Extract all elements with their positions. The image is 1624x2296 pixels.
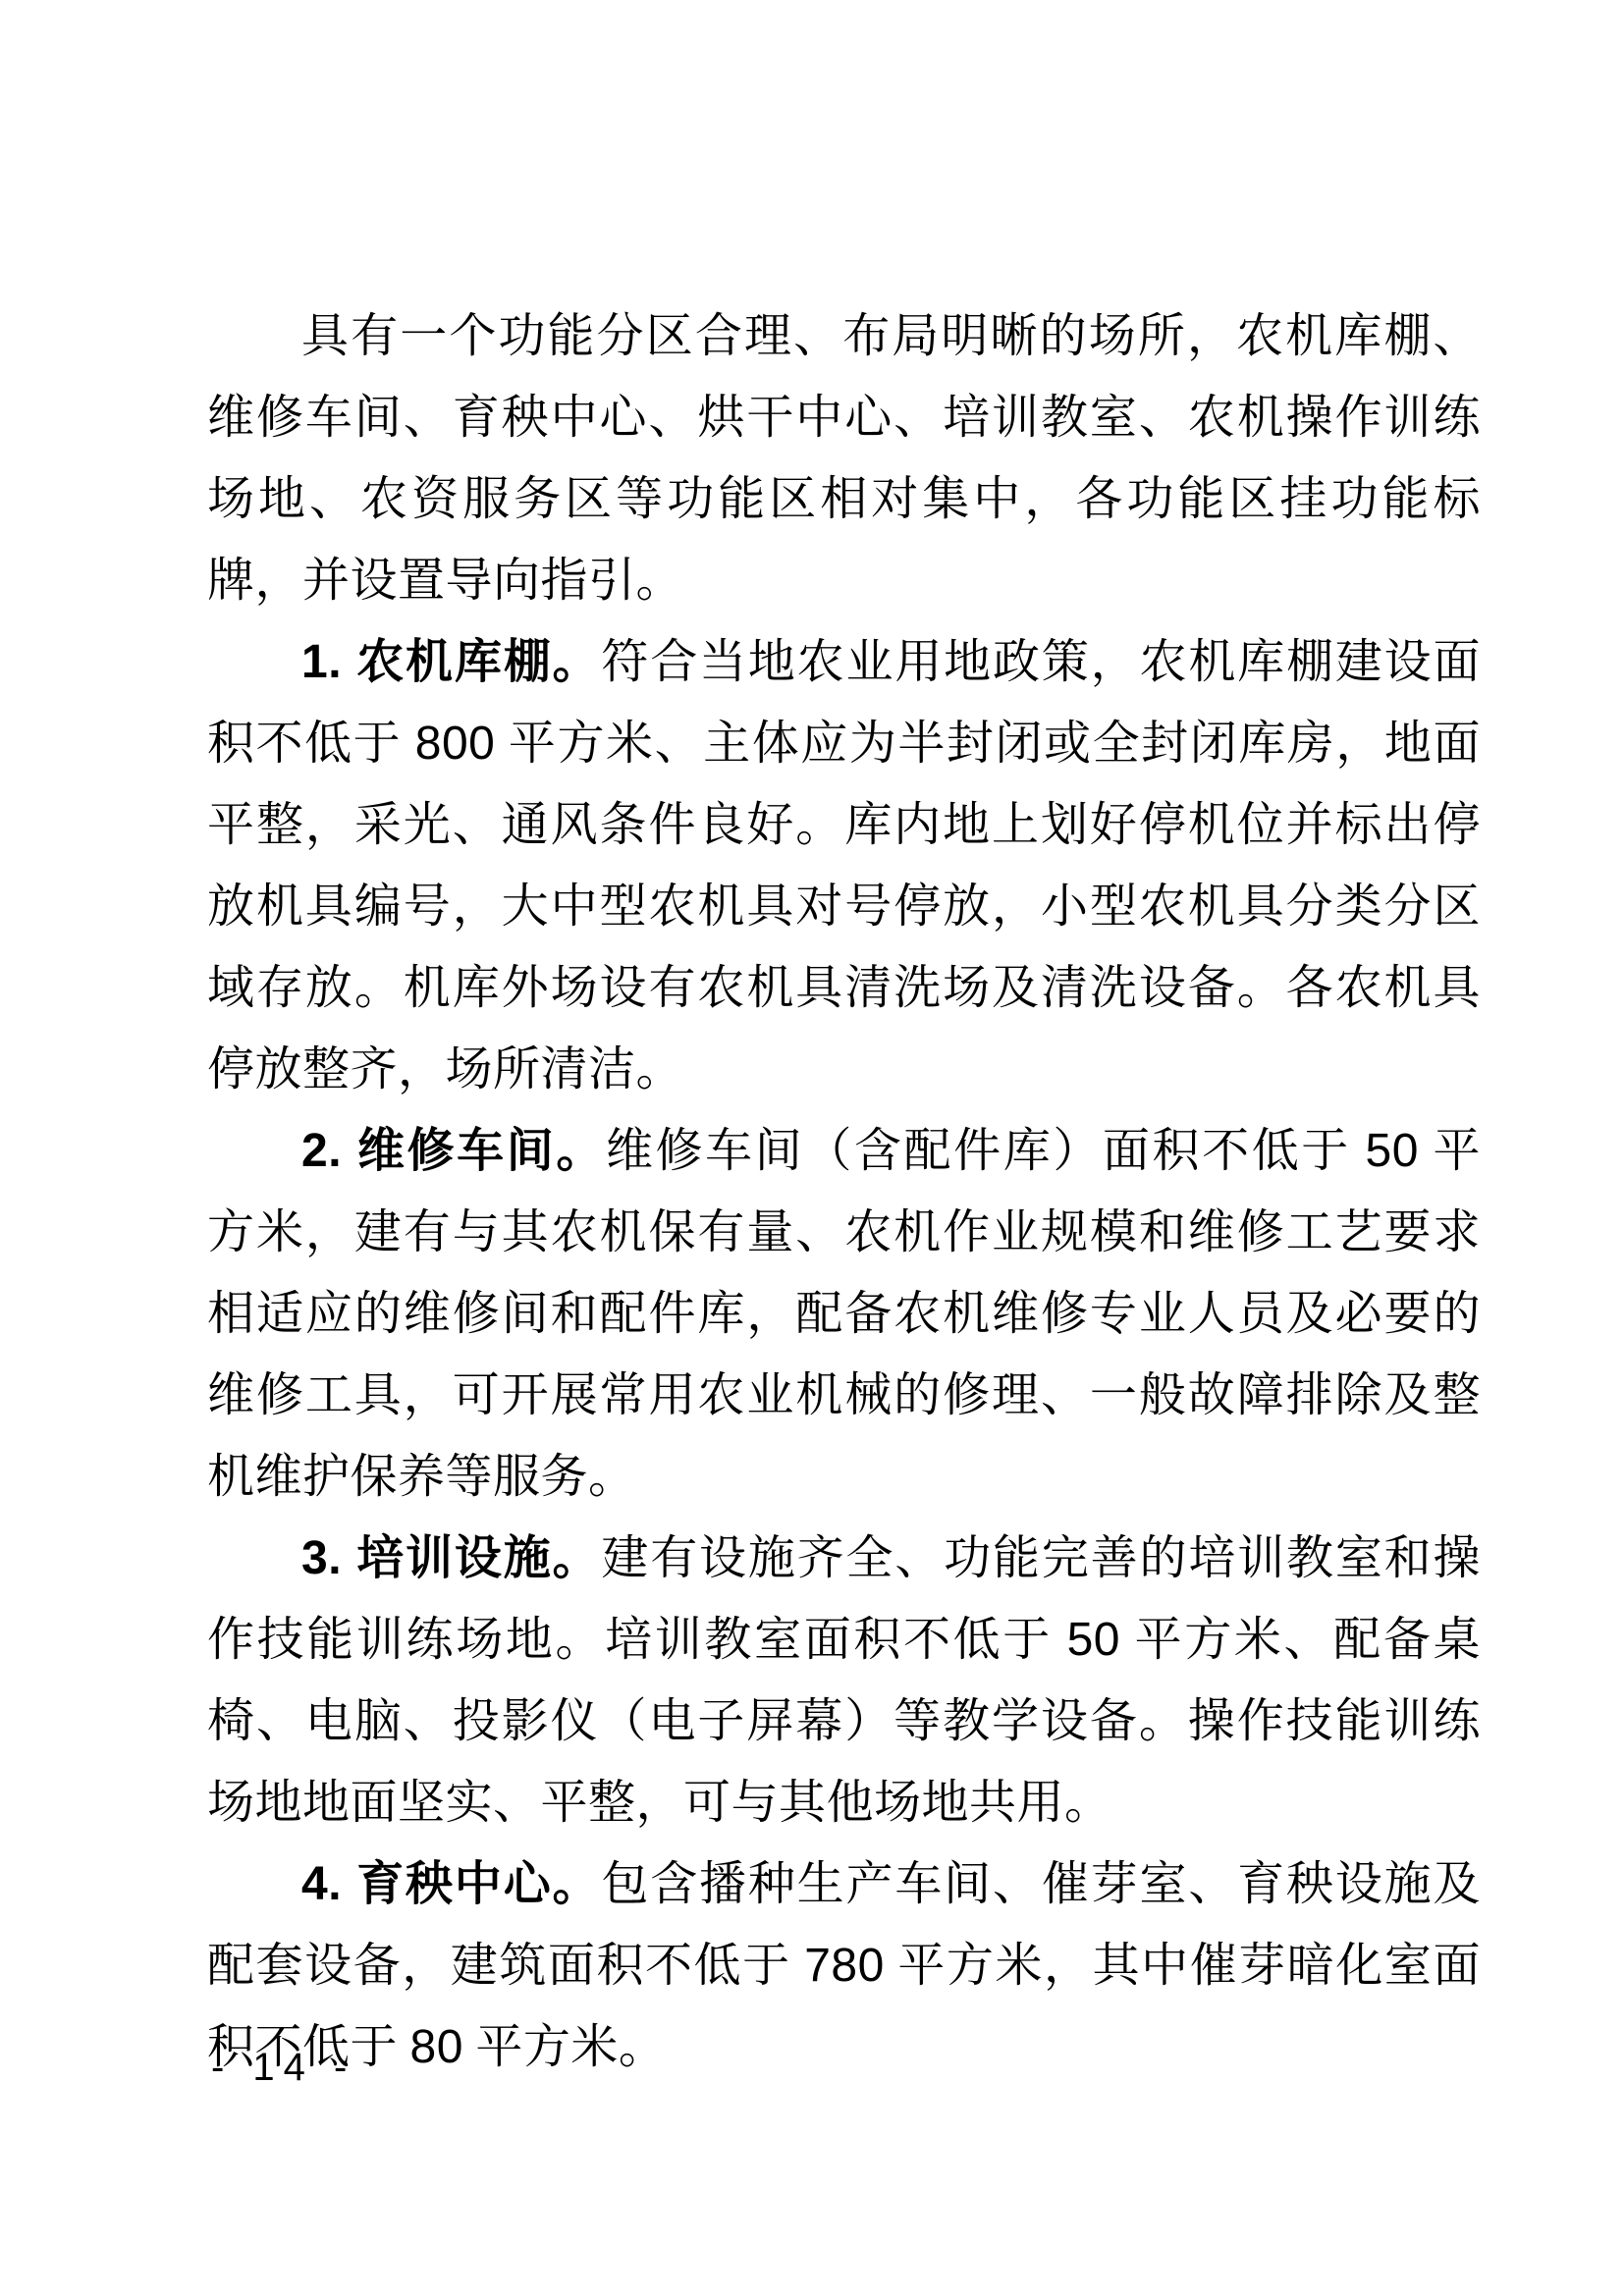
paragraph-heading: 1. 农机库棚。 — [301, 636, 601, 688]
paragraph: 具有一个功能分区合理、布局明晰的场所，农机库棚、维修车间、育秧中心、烘干中心、培… — [207, 295, 1481, 621]
paragraph-body: 符合当地农业用地政策，农机库棚建设面积不低于 800 平方米、主体应为半封闭或全… — [207, 636, 1481, 1095]
page-number: - 14 - — [211, 2042, 355, 2093]
paragraph-heading: 2. 维修车间。 — [301, 1125, 606, 1177]
paragraph: 1. 农机库棚。符合当地农业用地政策，农机库棚建设面积不低于 800 平方米、主… — [207, 621, 1481, 1110]
paragraph-heading: 4. 育秧中心。 — [301, 1858, 601, 1910]
paragraph-body: 维修车间（含配件库）面积不低于 50 平方米，建有与其农机保有量、农机作业规模和… — [207, 1125, 1481, 1503]
paragraph-heading: 3. 培训设施。 — [301, 1532, 601, 1584]
document-page: 具有一个功能分区合理、布局明晰的场所，农机库棚、维修车间、育秧中心、烘干中心、培… — [0, 0, 1624, 2296]
page-body: 具有一个功能分区合理、布局明晰的场所，农机库棚、维修车间、育秧中心、烘干中心、培… — [207, 295, 1481, 2088]
paragraph: 2. 维修车间。维修车间（含配件库）面积不低于 50 平方米，建有与其农机保有量… — [207, 1110, 1481, 1518]
paragraph: 4. 育秧中心。包含播种生产车间、催芽室、育秧设施及配套设备，建筑面积不低于 7… — [207, 1843, 1481, 2088]
paragraph: 3. 培训设施。建有设施齐全、功能完善的培训教室和操作技能训练场地。培训教室面积… — [207, 1518, 1481, 1843]
paragraph-body: 具有一个功能分区合理、布局明晰的场所，农机库棚、维修车间、育秧中心、烘干中心、培… — [207, 310, 1481, 607]
